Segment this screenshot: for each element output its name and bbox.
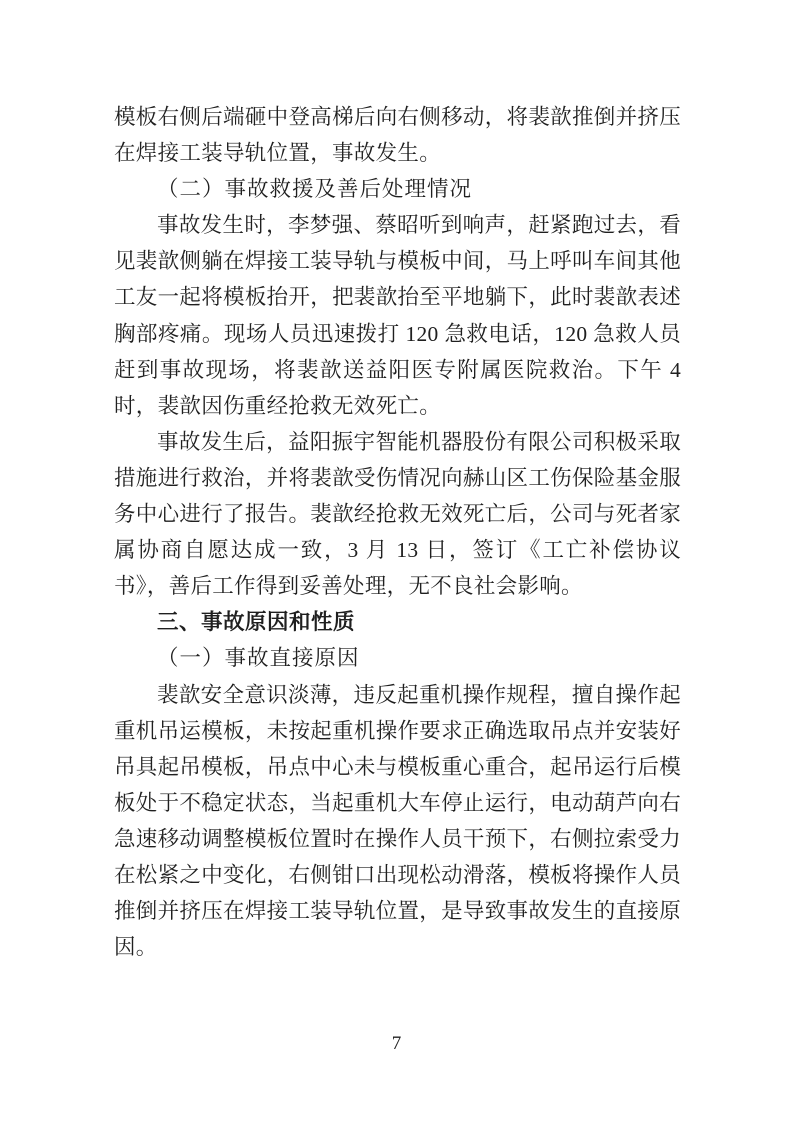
page-number: 7	[392, 1033, 402, 1054]
paragraph-direct-cause-analysis: 裴歆安全意识淡薄，违反起重机操作规程，擅自操作起重机吊运模板，未按起重机操作要求…	[114, 677, 681, 966]
subsection-heading-rescue-aftermath: （二）事故救援及善后处理情况	[114, 171, 681, 207]
document-body: 模板右侧后端砸中登高梯后向右侧移动，将裴歆推倒并挤压在焊接工装导轨位置，事故发生…	[114, 99, 681, 965]
paragraph-aftermath-handling: 事故发生后，益阳振宇智能机器股份有限公司积极采取措施进行救治，并将裴歆受伤情况向…	[114, 424, 681, 604]
section-heading-cause-and-nature: 三、事故原因和性质	[114, 604, 681, 640]
subsection-heading-direct-cause: （一）事故直接原因	[114, 640, 681, 676]
document-page: 模板右侧后端砸中登高梯后向右侧移动，将裴歆推倒并挤压在焊接工装导轨位置，事故发生…	[0, 0, 793, 1122]
paragraph-rescue-response: 事故发生时，李梦强、蔡昭听到响声，赶紧跑过去，看见裴歆侧躺在焊接工装导轨与模板中…	[114, 207, 681, 424]
page-footer: 7	[0, 1033, 793, 1055]
paragraph-accident-continuation: 模板右侧后端砸中登高梯后向右侧移动，将裴歆推倒并挤压在焊接工装导轨位置，事故发生…	[114, 99, 681, 171]
